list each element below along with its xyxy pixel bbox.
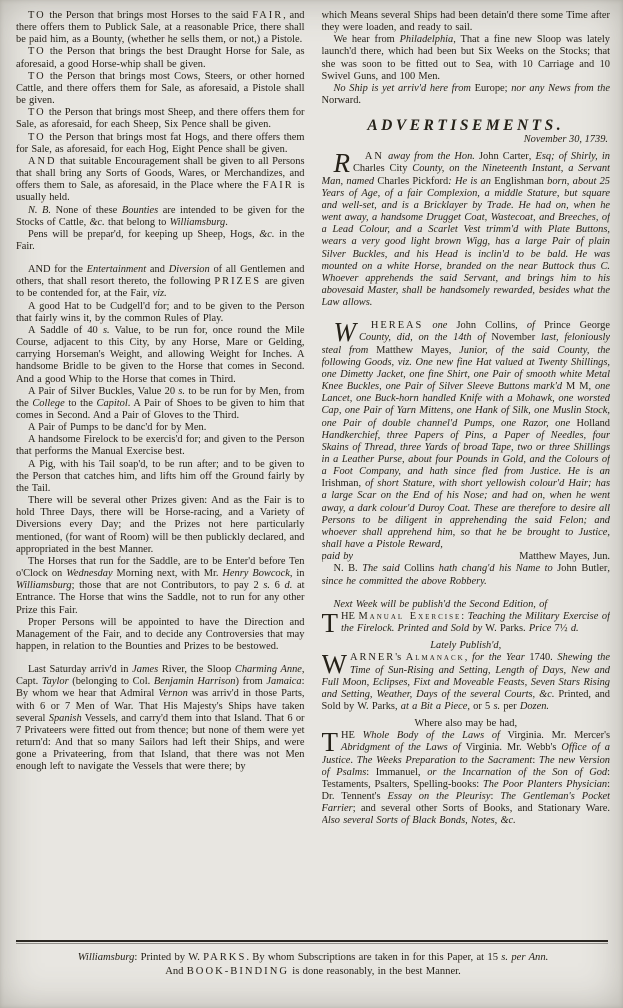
- text-segment: :: [490, 791, 500, 802]
- text-segment: the Person that brings most Sheep, and t…: [16, 107, 305, 130]
- text-segment: AND: [28, 156, 57, 167]
- text-segment: TO: [28, 71, 46, 82]
- text-segment: : He is an: [448, 176, 494, 187]
- text-segment: Europe;: [471, 83, 511, 94]
- page: TO the Person that brings most Horses to…: [16, 10, 610, 1008]
- text-segment: for the Year: [472, 652, 525, 663]
- text-segment: Charles Pickford: [377, 176, 448, 187]
- text-segment: born, about 25 Years of Age, of a fair C…: [322, 176, 611, 309]
- text-segment: Capitol: [97, 398, 128, 409]
- paragraph: Pens will be prepar'd, for keeping up Sh…: [16, 229, 305, 253]
- text-segment: AND for the: [28, 264, 87, 275]
- text-segment: : Printed by W.: [134, 952, 203, 963]
- text-segment: No Ship is yet arriv'd here from: [333, 83, 470, 94]
- text-segment: Philadelphia: [400, 34, 454, 45]
- text-segment: We hear from: [333, 34, 399, 45]
- text-segment: N. B.: [333, 563, 362, 574]
- text-segment: viz.: [153, 288, 167, 299]
- footer-imprint: Williamsburg: Printed by W. PARKS. By wh…: [16, 951, 610, 978]
- text-segment: the Person that brings most fat Hogs, an…: [16, 132, 305, 155]
- paragraph: N. B. None of these Bounties are intende…: [16, 205, 305, 229]
- advertisements-list: RAN away from the Hon. John Carter, Esq;…: [322, 151, 611, 827]
- left-column: TO the Person that brings most Horses to…: [16, 10, 305, 932]
- drop-cap: R: [322, 151, 353, 174]
- text-segment: A Pig, with his Tail soap'd, to be run a…: [16, 459, 305, 494]
- text-segment: The said: [362, 563, 404, 574]
- text-segment: Also several Sorts of Black Bonds, Notes…: [322, 815, 516, 826]
- text-segment: TO: [28, 107, 46, 118]
- text-segment: Prince George: [544, 320, 610, 331]
- text-segment: Morning next, with Mr.: [113, 568, 223, 579]
- paragraph: A Pair of Pumps to be danc'd for by Men.: [16, 422, 305, 434]
- footer: Williamsburg: Printed by W. PARKS. By wh…: [16, 940, 610, 978]
- text-segment: Pens will be prepar'd, for keeping up Sh…: [28, 229, 259, 240]
- text-segment: that suitable Encouragement shall be giv…: [16, 156, 305, 191]
- paragraph: RAN away from the Hon. John Carter, Esq;…: [322, 151, 611, 309]
- text-segment: ; those that are not Contributors, to pa…: [72, 580, 264, 591]
- paragraph: No Ship is yet arriv'd here from Europe;…: [322, 83, 611, 107]
- text-segment: which Means several Ships had been detai…: [322, 10, 611, 33]
- text-segment: TO: [28, 132, 46, 143]
- text-segment: nor any News from the: [511, 83, 610, 94]
- text-segment: or 5: [470, 701, 494, 712]
- paragraph: A Saddle of 40 s. Value, to be run for, …: [16, 325, 305, 386]
- text-segment: November: [491, 332, 535, 343]
- text-segment: Abridgment of the Laws of: [341, 742, 461, 753]
- paragraph: There will be several other Prizes given…: [16, 495, 305, 556]
- text-segment: John Carter: [479, 151, 529, 162]
- text-segment: hath chang'd his Name to: [434, 563, 557, 574]
- paragraph: A good Hat to be Cudgell'd for; and to b…: [16, 301, 305, 325]
- text-segment: Essay on the Pleurisy: [388, 791, 491, 802]
- text-segment: Virginia. Mr. Mercer's: [500, 730, 610, 741]
- text-segment: River, the Sloop: [158, 664, 235, 675]
- paragraph: Lately Publish'd,: [322, 640, 611, 652]
- text-segment: Where also may be had,: [414, 718, 517, 729]
- text-segment: , of: [515, 320, 544, 331]
- text-segment: TO: [28, 46, 46, 57]
- text-segment: A Pair of Pumps to be danc'd for by Men.: [28, 422, 206, 433]
- text-segment: to the: [65, 398, 97, 409]
- text-segment: College: [32, 398, 64, 409]
- text-segment: Taylor: [42, 676, 69, 687]
- text-segment: W. Parks.: [482, 623, 529, 634]
- text-segment: s.: [263, 580, 270, 591]
- paragraph: Williamsburg: Printed by W. PARKS. By wh…: [16, 951, 610, 965]
- paragraph: A handsome Firelock to be exercis'd for;…: [16, 434, 305, 458]
- text-segment: There will be several other Prizes given…: [16, 495, 305, 555]
- text-segment: ARNER: [350, 652, 395, 663]
- text-segment: Virginia. Mr. Webb's: [461, 742, 562, 753]
- paragraph: We hear from Philadelphia, That a fine n…: [322, 34, 611, 83]
- text-segment: , Esq; of Shirly, in: [529, 151, 610, 162]
- text-segment: Jamaica: [266, 676, 301, 687]
- text-segment: Henry Bowcock: [222, 568, 289, 579]
- right-column-news: which Means several Ships had been detai…: [322, 10, 611, 107]
- text-segment: And: [165, 966, 187, 977]
- text-segment: FAIR: [263, 180, 294, 191]
- footer-rule: [16, 940, 608, 944]
- text-segment: (belonging to Col.: [69, 676, 154, 687]
- text-segment: Diversion: [169, 264, 210, 275]
- paragraph: Proper Persons will be appointed to have…: [16, 617, 305, 653]
- text-segment: N. B.: [28, 205, 51, 216]
- text-segment: Whole Body of the Laws of: [363, 730, 500, 741]
- text-segment: Lately Publish'd,: [430, 640, 501, 651]
- text-segment: County, did, on the 14th of: [359, 332, 491, 343]
- text-segment: at a Bit a Piece,: [401, 701, 470, 712]
- text-segment: .: [225, 217, 228, 228]
- text-segment: Price: [529, 623, 552, 634]
- text-segment: Englishman: [494, 176, 544, 187]
- text-segment: or the Incarnation of the Son of God: [427, 767, 607, 778]
- text-segment: The Weeks Preparation to the Sacrament: [357, 755, 533, 766]
- date-line: November 30, 1739.: [322, 134, 611, 146]
- paragraph: TO the Person that brings most Horses to…: [16, 10, 305, 46]
- text-segment: paid by: [322, 551, 354, 563]
- text-segment: BOOK-BINDING: [187, 966, 289, 977]
- text-segment: is done reasonably, in the best Manner.: [289, 966, 461, 977]
- text-segment: Last Saturday arriv'd in: [28, 664, 132, 675]
- text-segment: &c.: [259, 229, 274, 240]
- text-segment: s.: [103, 325, 110, 336]
- text-segment: None of these: [51, 205, 122, 216]
- drop-cap: W: [322, 652, 350, 675]
- text-segment: Collins: [404, 563, 434, 574]
- text-segment: The Poor Planters Physician: [483, 779, 607, 790]
- text-segment: Williamsburg: [16, 580, 72, 591]
- paragraph: AND for the Entertainment and Diversion …: [16, 264, 305, 300]
- text-segment: Wednesday: [66, 568, 112, 579]
- text-segment: Norward.: [322, 95, 362, 106]
- text-segment: Charles City: [353, 163, 408, 174]
- text-segment: that belong to: [105, 217, 170, 228]
- advertisements-heading: ADVERTISEMENTS.: [322, 117, 611, 134]
- text-segment: 7½: [551, 623, 570, 634]
- text-segment: 6: [270, 580, 285, 591]
- text-segment: and: [146, 264, 169, 275]
- text-segment: 's: [395, 652, 406, 663]
- text-segment: per: [500, 701, 520, 712]
- text-segment: PARKS: [203, 952, 246, 963]
- text-segment: per Ann.: [511, 952, 548, 963]
- paragraph: Last Saturday arriv'd in James River, th…: [16, 664, 305, 773]
- paragraph: THE Manual Exercise: Teaching the Milita…: [322, 611, 611, 635]
- text-segment: John Collins: [456, 320, 515, 331]
- text-segment: :: [532, 755, 539, 766]
- text-segment: : Immanuel,: [366, 767, 427, 778]
- text-segment: ,: [465, 652, 472, 663]
- text-segment: Holland: [577, 418, 610, 429]
- newspaper-page-scan: { "colors": {"paper": "#e8e6e1", "ink": …: [0, 0, 623, 1008]
- paragraph: And BOOK-BINDING is done reasonably, in …: [16, 965, 610, 979]
- text-segment: the Person that brings most Horses to th…: [46, 10, 253, 21]
- text-segment: Williamsburg: [78, 952, 135, 963]
- paragraph: A Pair of Silver Buckles, Value 20 s. to…: [16, 386, 305, 422]
- text-segment: , of short Stature, with short yellowish…: [322, 478, 611, 550]
- text-segment: , in: [290, 568, 305, 579]
- text-segment: AN: [365, 151, 384, 162]
- text-segment: HE: [341, 730, 363, 741]
- paragraph: THE Whole Body of the Laws of Virginia. …: [322, 730, 611, 827]
- text-segment: Proper Persons will be appointed to have…: [16, 617, 305, 652]
- text-segment: Irishman: [322, 478, 359, 489]
- paragraph: which Means several Ships had been detai…: [322, 10, 611, 34]
- text-segment: Next Week will be publish'd the Second E…: [333, 599, 547, 610]
- columns: TO the Person that brings most Horses to…: [16, 10, 610, 932]
- text-segment: M M: [566, 381, 588, 392]
- text-segment: away from the Hon.: [384, 151, 479, 162]
- text-segment: Vernon: [158, 688, 187, 699]
- text-segment: . By whom Subscriptions are taken in for…: [246, 952, 501, 963]
- paragraph: TO the Person that brings most Cows, Ste…: [16, 71, 305, 107]
- paragraph: TO the Person that brings most Sheep, an…: [16, 107, 305, 131]
- drop-cap: W: [322, 320, 359, 343]
- text-segment: FAIR: [252, 10, 283, 21]
- text-segment: Bounties: [122, 205, 158, 216]
- paragraph: A Pig, with his Tail soap'd, to be run a…: [16, 459, 305, 495]
- text-segment: James: [132, 664, 158, 675]
- paragraph: N. B. The said Collins hath chang'd his …: [322, 563, 611, 587]
- text-segment: Matthew Mayes, Jun.: [519, 551, 610, 563]
- text-segment: ; and several other Sorts of Books, and …: [353, 803, 610, 814]
- text-segment: the Person that brings the best Draught …: [16, 46, 305, 69]
- text-segment: PRIZES: [214, 276, 261, 287]
- text-segment: Charming Anne: [235, 664, 302, 675]
- text-segment: Matthew Mayes: [376, 345, 449, 356]
- paragraph: WARNER's Almanack, for the Year 1740. Sh…: [322, 652, 611, 713]
- text-segment: Williamsburg: [170, 217, 226, 228]
- paragraph: Where also may be had,: [322, 718, 611, 730]
- text-segment: ) from: [235, 676, 266, 687]
- text-segment: A Pair of Silver Buckles, Value 20: [28, 386, 178, 397]
- right-column: which Means several Ships had been detai…: [322, 10, 611, 932]
- text-segment: Benjamin Harrison: [154, 676, 236, 687]
- text-segment: Almanack: [406, 652, 465, 663]
- text-segment: A good Hat to be Cudgell'd for; and to b…: [16, 301, 305, 324]
- paragraph: AND that suitable Encouragement shall be…: [16, 156, 305, 205]
- text-segment: d.: [571, 623, 579, 634]
- text-segment: A Saddle of 40: [28, 325, 103, 336]
- text-segment: the Person that brings most Cows, Steers…: [16, 71, 305, 106]
- text-segment: Spanish: [49, 713, 82, 724]
- paragraph: TO the Person that brings the best Draug…: [16, 46, 305, 70]
- text-segment: Handkerchief, three Papers of Pins, a Pa…: [322, 430, 611, 477]
- text-segment: TO: [28, 10, 46, 21]
- paragraph: The Horses that run for the Saddle, are …: [16, 556, 305, 617]
- text-segment: HE: [341, 611, 358, 622]
- drop-cap: T: [322, 730, 342, 753]
- text-segment: one: [423, 320, 456, 331]
- paragraph: WHEREAS one John Collins, of Prince Geor…: [322, 320, 611, 551]
- paragraph: paid byMatthew Mayes, Jun.: [322, 551, 611, 563]
- paragraph: Next Week will be publish'd the Second E…: [322, 599, 611, 611]
- text-segment: John Butler: [557, 563, 607, 574]
- text-segment: A handsome Firelock to be exercis'd for;…: [16, 434, 305, 457]
- text-segment: HEREAS: [371, 320, 423, 331]
- text-segment: Entertainment: [87, 264, 146, 275]
- text-segment: 1740.: [525, 652, 558, 663]
- text-segment: &c.: [89, 217, 104, 228]
- text-segment: Manual Exercise: [358, 611, 461, 622]
- text-segment: Dozen.: [520, 701, 549, 712]
- paragraph: TO the Person that brings most fat Hogs,…: [16, 132, 305, 156]
- drop-cap: T: [322, 611, 342, 634]
